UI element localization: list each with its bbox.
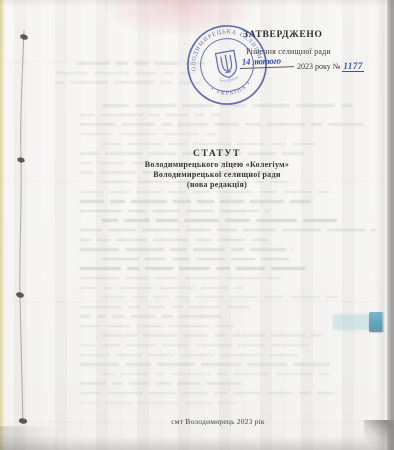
bleedthrough-word	[217, 373, 226, 375]
bleedthrough-line	[80, 394, 236, 404]
bleedthrough-word	[214, 123, 239, 125]
bleedthrough-word	[186, 229, 210, 231]
bottom-left-corner-shadow	[0, 426, 58, 450]
bleedthrough-line	[80, 222, 376, 232]
bleedthrough-word	[116, 239, 147, 241]
bleedthrough-word	[183, 334, 208, 336]
bleedthrough-word	[148, 354, 174, 356]
bleedthrough-word	[185, 62, 205, 64]
bleedthrough-word	[250, 200, 285, 202]
bleedthrough-word	[217, 229, 237, 231]
bleedthrough-texture	[80, 97, 376, 412]
left-page-edge	[0, 0, 5, 450]
bleedthrough-word	[216, 267, 230, 269]
decision-date-line: 14 лютого2023 року №1177	[240, 56, 392, 72]
bleedthrough-word	[265, 210, 269, 212]
printed-year-number-label: 2023 року №	[297, 62, 340, 71]
place-and-year-line: смт Володимирець 2023 рік	[98, 417, 338, 426]
bleedthrough-line	[80, 116, 376, 126]
approved-stamp-label: ЗАТВЕРДЖЕНО	[243, 30, 323, 40]
bleedthrough-line	[80, 212, 376, 222]
bleedthrough-word	[200, 287, 228, 289]
bleedthrough-line	[80, 375, 376, 385]
bleedthrough-word	[215, 325, 233, 327]
bleedthrough-word	[171, 373, 212, 375]
bleedthrough-word	[283, 191, 312, 193]
svg-text:код ЄДРПОУ: код ЄДРПОУ	[219, 74, 241, 84]
scanned-page: ЗАТВЕРДЖЕНО Рішення селищної ради 14 лют…	[0, 0, 394, 450]
bleedthrough-word	[296, 104, 335, 106]
bleedthrough-line	[80, 356, 330, 366]
bleedthrough-word	[210, 114, 221, 116]
bleedthrough-word	[201, 363, 242, 365]
bleedthrough-word	[159, 287, 193, 289]
bleedthrough-word	[177, 382, 200, 384]
bleedthrough-word	[109, 191, 130, 193]
bleedthrough-word	[106, 325, 130, 327]
bleedthrough-line	[80, 298, 376, 308]
top-page-shadow	[0, 0, 394, 7]
bleedthrough-word	[94, 72, 129, 74]
bleedthrough-word	[107, 392, 143, 394]
bleedthrough-word	[80, 287, 96, 289]
bleedthrough-word	[136, 191, 162, 193]
bleedthrough-word	[180, 72, 196, 74]
bleedthrough-word	[290, 200, 311, 202]
bleedthrough-word	[233, 373, 270, 375]
bleedthrough-word	[131, 200, 167, 202]
bleedthrough-line	[80, 260, 376, 270]
stamp-small-text: код ЄДРПОУ	[219, 74, 241, 84]
bleedthrough-word	[102, 344, 120, 346]
bleedthrough-word	[142, 229, 180, 231]
bleedthrough-word	[220, 210, 259, 212]
bleedthrough-line	[80, 193, 376, 203]
bleedthrough-word	[163, 133, 199, 135]
bleedthrough-word	[237, 143, 264, 145]
bleedthrough-word	[80, 325, 100, 327]
document-title: СТАТУТ	[37, 149, 394, 160]
bleedthrough-word	[214, 334, 226, 336]
bleedthrough-word	[179, 267, 209, 269]
bleedthrough-word	[155, 373, 165, 375]
bleedthrough-word	[101, 114, 143, 116]
bleedthrough-word	[162, 344, 189, 346]
bleedthrough-word	[128, 306, 142, 308]
bleedthrough-word	[102, 143, 121, 145]
bleedthrough-word	[227, 306, 250, 308]
bleedthrough-word	[245, 123, 261, 125]
bleedthrough-word	[252, 104, 290, 106]
bleedthrough-word	[230, 296, 258, 298]
bleedthrough-word	[80, 248, 119, 250]
bleedthrough-word	[317, 392, 335, 394]
bleedthrough-word	[119, 133, 156, 135]
bleedthrough-word	[153, 239, 189, 241]
bleedthrough-word	[154, 62, 179, 64]
handwritten-date: 14 лютого	[240, 54, 294, 69]
bleedthrough-word	[149, 114, 160, 116]
binding-stitch-thread	[0, 0, 60, 450]
bottom-page-shadow	[0, 436, 394, 450]
bleedthrough-word	[80, 229, 102, 231]
bleedthrough-line	[80, 270, 376, 280]
bleedthrough-word	[80, 277, 119, 279]
bleedthrough-word	[251, 239, 269, 241]
bleedthrough-line	[80, 327, 376, 337]
bleedthrough-word	[214, 392, 227, 394]
bleedthrough-line	[80, 126, 217, 136]
bleedthrough-word	[170, 248, 187, 250]
bleedthrough-word	[124, 219, 149, 221]
bleedthrough-line	[80, 251, 376, 261]
bleedthrough-word	[250, 248, 286, 250]
bleedthrough-word	[110, 200, 125, 202]
bleedthrough-word	[80, 315, 91, 317]
bleedthrough-line	[80, 97, 376, 107]
bleedthrough-word	[181, 354, 216, 356]
bleedthrough-word	[234, 287, 243, 289]
bleedthrough-word	[80, 191, 103, 193]
bleedthrough-word	[184, 219, 219, 221]
bleedthrough-word	[243, 229, 277, 231]
handwritten-decision-number: 1177	[342, 61, 364, 72]
bleedthrough-word	[125, 277, 150, 279]
bleedthrough-word	[171, 306, 183, 308]
bleedthrough-word	[303, 219, 338, 221]
bleedthrough-word	[145, 258, 166, 260]
bleedthrough-word	[80, 402, 99, 404]
bleedthrough-word	[220, 104, 246, 106]
bleedthrough-word	[233, 392, 261, 394]
bleedthrough-line	[80, 318, 234, 328]
bleedthrough-line	[55, 65, 205, 75]
stamp-ring-text-bottom: • УКРАЇНА •	[209, 80, 254, 101]
bleedthrough-word	[80, 133, 113, 135]
bleedthrough-word	[185, 402, 212, 404]
bleedthrough-word	[129, 382, 149, 384]
bleedthrough-word	[218, 239, 245, 241]
bleedthrough-word	[326, 296, 339, 298]
sticky-tab-shadow	[333, 314, 371, 330]
bleedthrough-word	[116, 62, 128, 64]
bleedthrough-word	[143, 334, 177, 336]
bleedthrough-word	[127, 267, 138, 269]
bleedthrough-line	[55, 55, 205, 65]
bleedthrough-word	[267, 123, 305, 125]
bleedthrough-word	[119, 287, 153, 289]
bleedthrough-word	[149, 392, 176, 394]
bleedthrough-word	[192, 191, 211, 193]
bleedthrough-word	[197, 200, 213, 202]
bleedthrough-word	[299, 392, 311, 394]
bleedthrough-word	[194, 114, 204, 116]
bleedthrough-word	[289, 296, 320, 298]
bleedthrough-word	[195, 296, 224, 298]
bleedthrough-word	[160, 81, 172, 83]
bleedthrough-word	[178, 123, 207, 125]
bleedthrough-word	[196, 258, 225, 260]
bleedthrough-word	[247, 363, 287, 365]
bleedthrough-word	[185, 277, 221, 279]
bleedthrough-word	[80, 354, 110, 356]
bleedthrough-word	[70, 81, 108, 83]
bleedthrough-line	[80, 366, 376, 376]
bleedthrough-word	[195, 239, 212, 241]
bleedthrough-word	[155, 277, 178, 279]
bleedthrough-word	[157, 363, 195, 365]
bleedthrough-word	[261, 258, 288, 260]
bleedthrough-word	[319, 373, 329, 375]
bleedthrough-word	[271, 334, 305, 336]
bleedthrough-word	[80, 123, 116, 125]
bleedthrough-word	[80, 306, 122, 308]
bleedthrough-word	[182, 104, 213, 106]
bleedthrough-line	[80, 289, 376, 299]
bleedthrough-word	[195, 344, 232, 346]
bleedthrough-word	[125, 248, 164, 250]
bleedthrough-word	[108, 229, 136, 231]
bleedthrough-word	[102, 334, 137, 336]
bleedthrough-word	[153, 296, 169, 298]
bleedthrough-word	[80, 239, 91, 241]
bleedthrough-word	[126, 344, 156, 346]
bleedthrough-word	[134, 62, 148, 64]
bleedthrough-line	[80, 279, 256, 289]
bleedthrough-word	[231, 258, 256, 260]
bleedthrough-word	[135, 72, 157, 74]
bleedthrough-word	[80, 114, 95, 116]
bleedthrough-word	[186, 210, 215, 212]
bleedthrough-word	[202, 72, 205, 74]
bleedthrough-word	[97, 239, 110, 241]
bleedthrough-word	[293, 363, 330, 365]
bleedthrough-word	[136, 325, 162, 327]
document-title-edition: (нова редакція)	[37, 180, 394, 190]
bleedthrough-word	[179, 315, 221, 317]
bleedthrough-word	[282, 229, 321, 231]
bleedthrough-word	[102, 296, 126, 298]
bleedthrough-word	[112, 382, 123, 384]
bleedthrough-line	[80, 337, 376, 347]
bleedthrough-word	[267, 277, 281, 279]
bleedthrough-word	[220, 200, 244, 202]
bleedthrough-word	[227, 277, 261, 279]
bleedthrough-word	[173, 200, 192, 202]
bleedthrough-texture-top	[55, 55, 205, 89]
bleedthrough-word	[145, 267, 173, 269]
bleedthrough-word	[276, 373, 313, 375]
bleedthrough-word	[80, 363, 119, 365]
bleedthrough-word	[80, 267, 121, 269]
bleedthrough-word	[327, 229, 365, 231]
bleedthrough-line	[55, 74, 205, 84]
bleedthrough-word	[216, 191, 253, 193]
bleedthrough-word	[155, 382, 171, 384]
bleedthrough-word	[163, 72, 173, 74]
bleedthrough-word	[221, 354, 263, 356]
bleedthrough-word	[193, 248, 224, 250]
bleedthrough-word	[80, 382, 106, 384]
bleedthrough-word	[147, 306, 165, 308]
bleedthrough-word	[132, 296, 147, 298]
bleedthrough-word	[102, 258, 139, 260]
bleedthrough-word	[152, 210, 180, 212]
bleedthrough-word	[271, 143, 287, 145]
right-page-edge	[376, 0, 394, 450]
bleedthrough-word	[271, 267, 305, 269]
bleedthrough-line	[80, 308, 376, 318]
bleedthrough-word	[189, 306, 221, 308]
bleedthrough-word	[292, 143, 316, 145]
bleedthrough-word	[259, 191, 277, 193]
bleedthrough-word	[238, 344, 265, 346]
bleedthrough-word	[232, 334, 265, 336]
bleedthrough-word	[168, 325, 209, 327]
bleedthrough-word	[206, 382, 241, 384]
bleedthrough-word	[264, 296, 283, 298]
bleedthrough-word	[116, 354, 142, 356]
bleedthrough-word	[341, 104, 352, 106]
bleedthrough-word	[168, 191, 185, 193]
bleedthrough-line	[80, 346, 376, 356]
bleedthrough-word	[80, 344, 96, 346]
bleedthrough-word	[256, 219, 296, 221]
bleedthrough-word	[311, 123, 322, 125]
bleedthrough-word	[267, 392, 293, 394]
bleedthrough-word	[161, 123, 172, 125]
bleedthrough-word	[135, 104, 177, 106]
bleedthrough-word	[102, 287, 113, 289]
bleedthrough-word	[205, 133, 217, 135]
bleedthrough-word	[128, 210, 146, 212]
trident-shield-icon	[216, 50, 239, 79]
bleedthrough-word	[80, 392, 101, 394]
bleedthrough-word	[193, 143, 231, 145]
document-title-owner: Володимирецької селищної ради	[37, 170, 394, 180]
bleedthrough-word	[166, 114, 188, 116]
bleedthrough-word	[182, 392, 208, 394]
document-title-block: СТАТУТ Володимирецького ліцею «Колегіум»…	[37, 149, 394, 189]
bleedthrough-word	[138, 402, 180, 404]
bleedthrough-word	[172, 258, 190, 260]
bleedthrough-word	[271, 344, 308, 346]
bleedthrough-word	[292, 248, 293, 250]
bleedthrough-word	[114, 81, 154, 83]
bleedthrough-word	[112, 315, 125, 317]
bottom-right-corner-shadow	[364, 420, 394, 450]
bleedthrough-word	[175, 296, 189, 298]
bleedthrough-word	[162, 315, 173, 317]
bleedthrough-word	[131, 315, 156, 317]
document-title-institution: Володимирецького ліцею «Колегіум»	[37, 160, 394, 170]
bleedthrough-word	[80, 210, 122, 212]
bleedthrough-word	[269, 354, 298, 356]
bleedthrough-word	[97, 315, 106, 317]
bleedthrough-line	[80, 135, 376, 145]
bleedthrough-word	[311, 334, 322, 336]
bleedthrough-word	[102, 373, 114, 375]
bleedthrough-line	[80, 203, 269, 213]
bleedthrough-line	[80, 231, 376, 241]
bleedthrough-word	[225, 219, 251, 221]
bleedthrough-word	[218, 402, 236, 404]
bleedthrough-word	[127, 143, 162, 145]
bleedthrough-word	[328, 123, 363, 125]
bleedthrough-word	[179, 81, 201, 83]
bleedthrough-line	[80, 107, 376, 117]
bleedthrough-word	[122, 123, 155, 125]
bleedthrough-word	[318, 191, 329, 193]
bleedthrough-word	[120, 373, 149, 375]
bleedthrough-word	[156, 219, 178, 221]
bleedthrough-word	[236, 267, 265, 269]
bleedthrough-word	[105, 402, 132, 404]
bleedthrough-line	[80, 385, 376, 395]
bleedthrough-word	[80, 200, 104, 202]
bleedthrough-word	[231, 248, 244, 250]
bleedthrough-word	[168, 143, 187, 145]
bleedthrough-word	[102, 219, 118, 221]
bleedthrough-word	[77, 62, 110, 64]
svg-text:• УКРАЇНА •: • УКРАЇНА •	[209, 80, 254, 101]
bleedthrough-line	[80, 241, 293, 251]
bleedthrough-word	[102, 104, 129, 106]
bleedthrough-word	[125, 363, 150, 365]
